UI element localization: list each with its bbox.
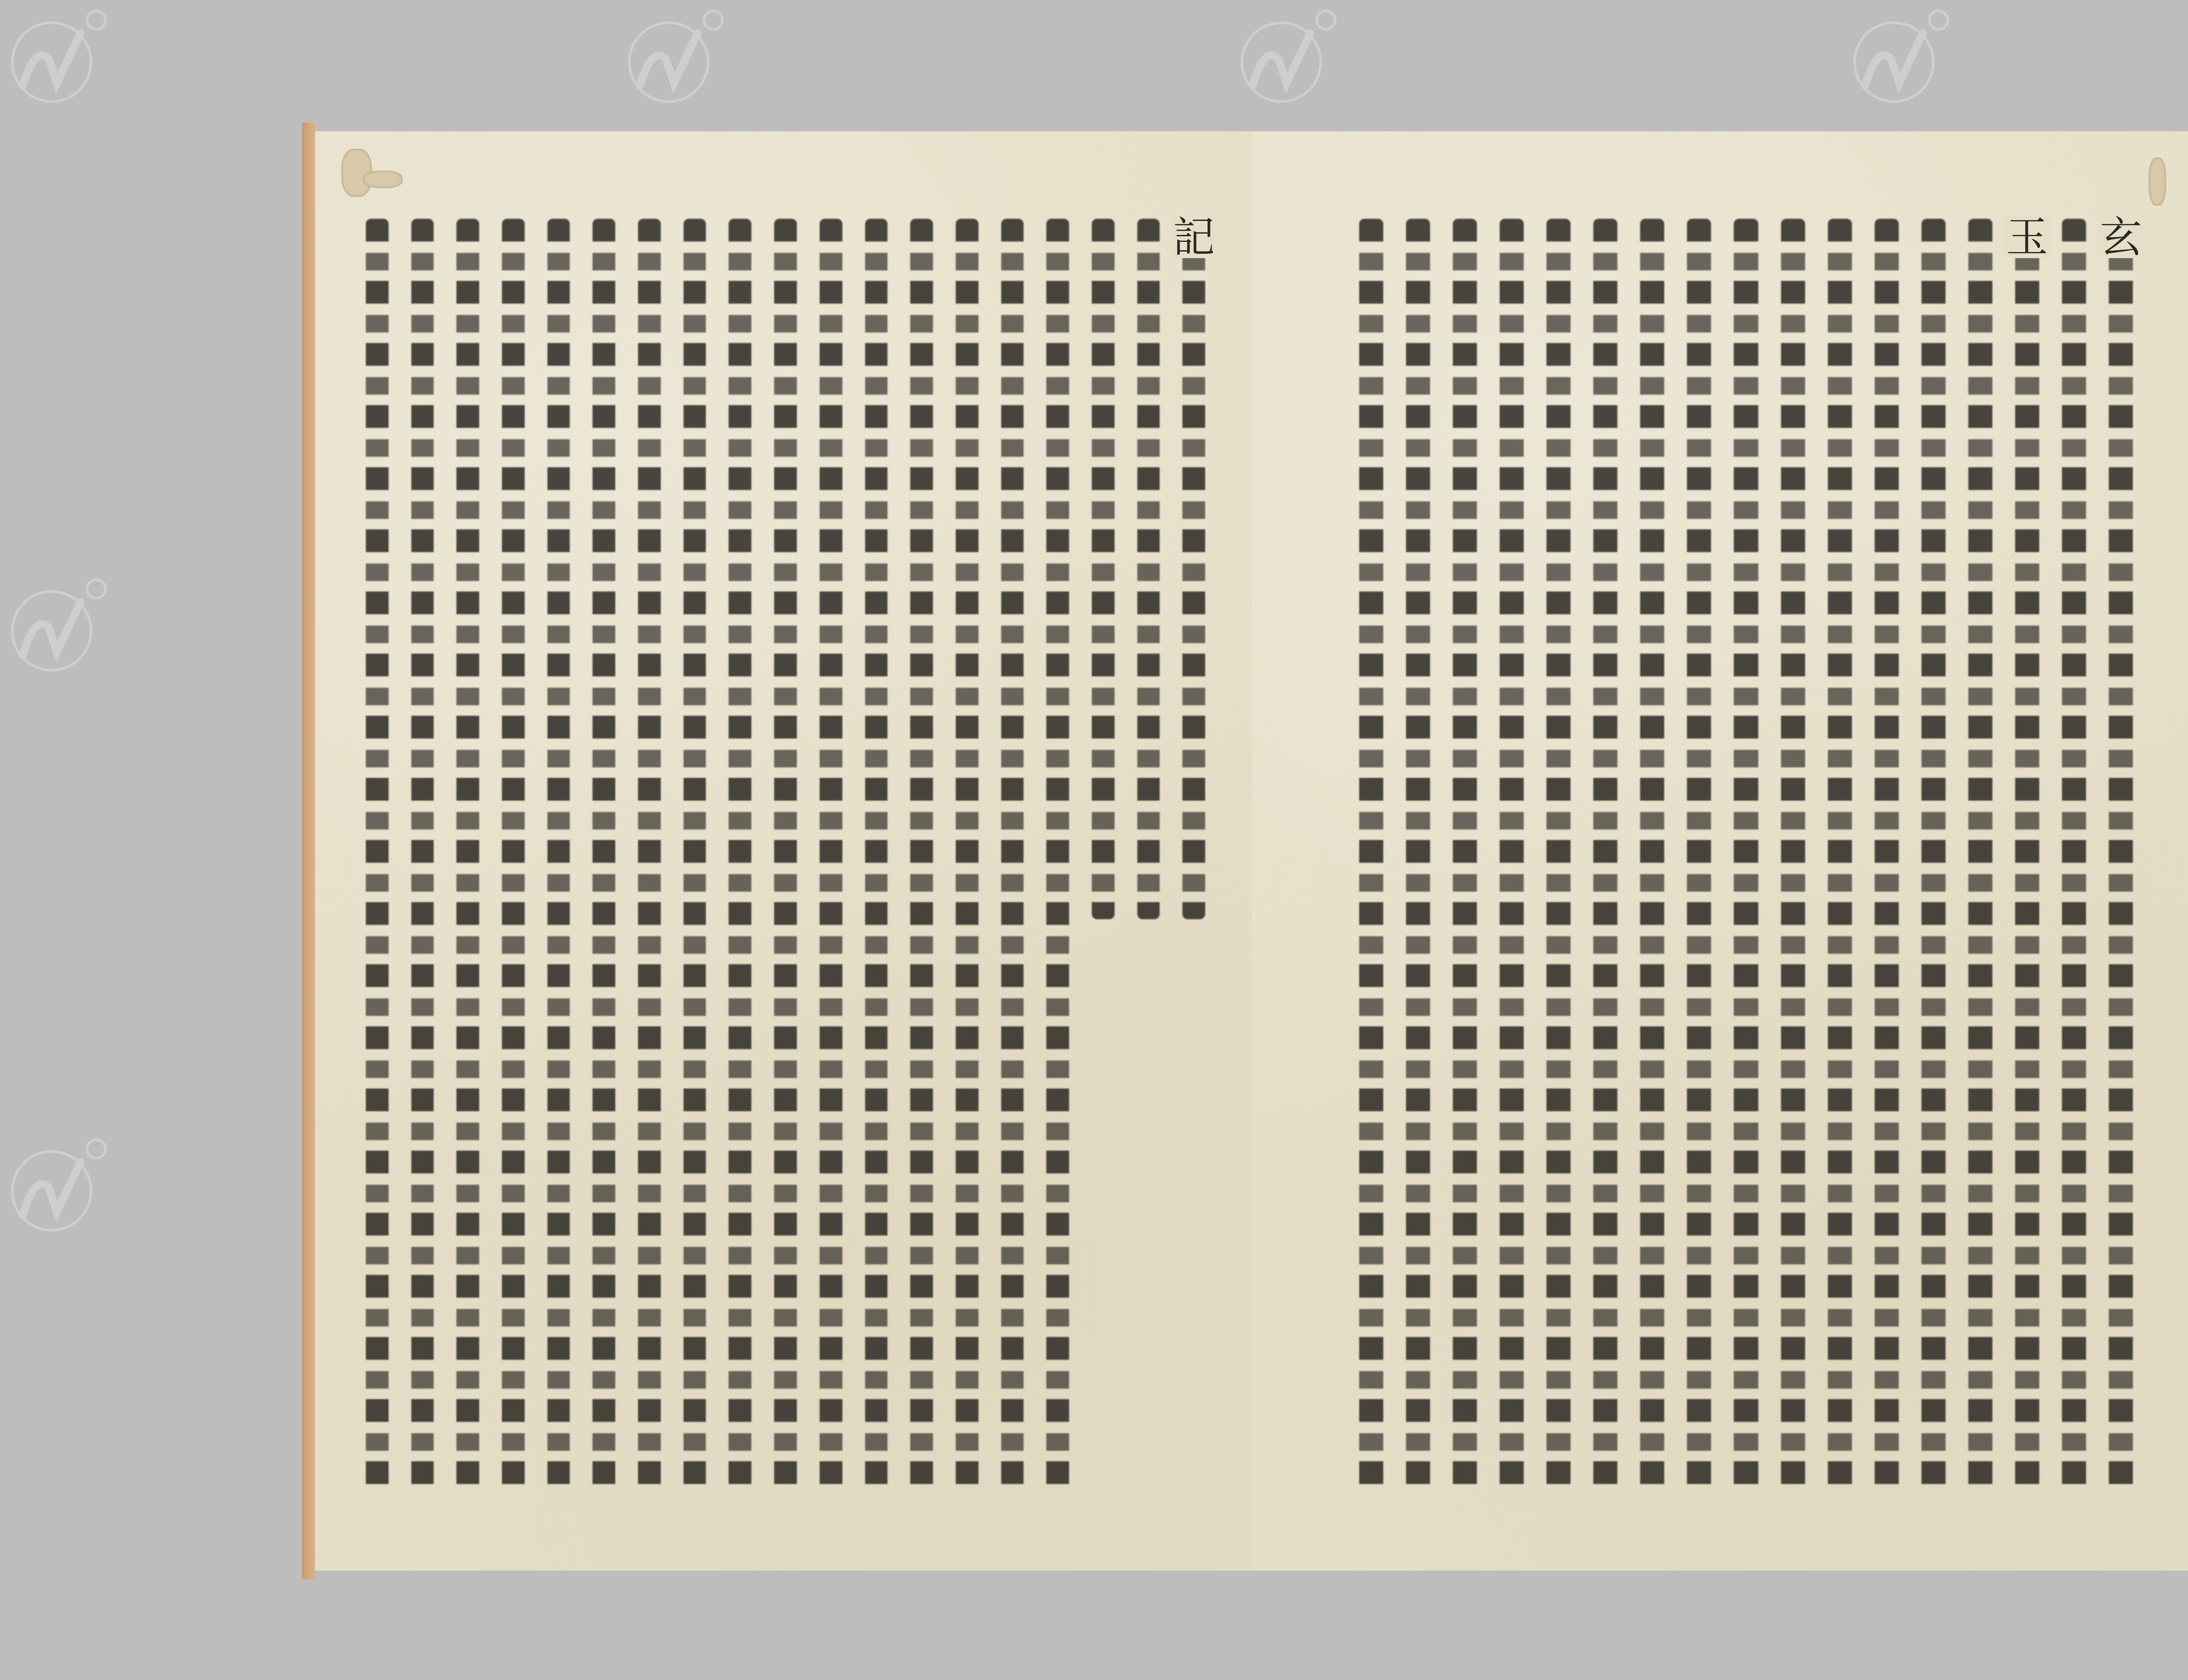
- ink-strokes: [865, 219, 888, 1492]
- ink-strokes: [1546, 219, 1571, 1492]
- text-column: [1488, 219, 1535, 1492]
- text-column: [2051, 219, 2097, 1492]
- text-column: 玉: [2004, 219, 2051, 1492]
- worm-damage: [363, 171, 403, 188]
- text-column: [354, 219, 400, 1492]
- ink-strokes: [1593, 219, 1617, 1492]
- text-column: [1535, 219, 1582, 1492]
- ink-strokes: [1781, 219, 1805, 1492]
- ink-strokes: [1875, 219, 1899, 1492]
- ink-strokes: [1922, 219, 1946, 1492]
- watermark-logo: [1834, 0, 1965, 122]
- text-column: [1816, 219, 1863, 1492]
- open-book: 記 玄玉: [302, 122, 2188, 1579]
- ink-strokes: [910, 219, 933, 1492]
- text-column: [944, 219, 990, 1492]
- text-column: [1863, 219, 1910, 1492]
- watermark-logo: [0, 0, 123, 122]
- ink-strokes: [1453, 219, 1477, 1492]
- text-column: [1770, 219, 1816, 1492]
- ink-strokes: [1968, 219, 1992, 1492]
- text-column: [899, 219, 944, 1492]
- ink-strokes: [1359, 219, 1383, 1492]
- text-column: [1348, 219, 1395, 1492]
- ink-strokes: [411, 219, 434, 1492]
- text-column: [1126, 219, 1171, 1492]
- ink-strokes: [1640, 219, 1664, 1492]
- ink-strokes: [1092, 219, 1115, 919]
- text-column: [1080, 219, 1126, 1492]
- ink-strokes: [774, 219, 797, 1492]
- ink-strokes: [593, 219, 615, 1492]
- ink-strokes: [820, 219, 842, 1492]
- ink-strokes: [1500, 219, 1524, 1492]
- ink-strokes: [2015, 219, 2039, 1492]
- ink-strokes: [638, 219, 661, 1492]
- text-column: [581, 219, 627, 1492]
- watermark-logo: [1221, 0, 1352, 122]
- legible-glyph: 玄: [2097, 216, 2144, 258]
- text-column: [1676, 219, 1722, 1492]
- text-column: [1910, 219, 1957, 1492]
- text-column: 記: [1171, 219, 1217, 1492]
- text-column: [445, 219, 491, 1492]
- text-column: [990, 219, 1035, 1492]
- text-column: [854, 219, 899, 1492]
- text-column: [627, 219, 672, 1492]
- text-column: [1629, 219, 1676, 1492]
- left-text-columns: 記: [354, 219, 1217, 1492]
- text-column: [1395, 219, 1441, 1492]
- watermark-logo: [608, 0, 740, 122]
- text-column: [1035, 219, 1080, 1492]
- right-text-columns: 玄玉: [1348, 219, 2144, 1492]
- left-page: 記: [315, 131, 1252, 1571]
- text-column: [536, 219, 582, 1492]
- ink-strokes: [1001, 219, 1024, 1492]
- ink-strokes: [1046, 219, 1069, 1492]
- ink-strokes: [1406, 219, 1430, 1492]
- text-column: [672, 219, 718, 1492]
- ink-strokes: [956, 219, 978, 1492]
- ink-strokes: [502, 219, 525, 1492]
- cover-edge: [302, 122, 315, 1579]
- text-column: [1957, 219, 2004, 1492]
- text-column: [1441, 219, 1488, 1492]
- text-column: 玄: [2097, 219, 2144, 1492]
- text-column: [1582, 219, 1629, 1492]
- worm-damage: [2149, 157, 2166, 206]
- ink-strokes: [729, 219, 751, 1492]
- text-column: [763, 219, 808, 1492]
- ink-strokes: [456, 219, 479, 1492]
- watermark-logo: [0, 1120, 123, 1251]
- ink-strokes: [684, 219, 706, 1492]
- text-column: [491, 219, 536, 1492]
- ink-strokes: [1137, 219, 1160, 919]
- legible-glyph: 玉: [2004, 216, 2051, 258]
- legible-glyph: 記: [1171, 216, 1217, 258]
- ink-strokes: [1687, 219, 1711, 1492]
- ink-strokes: [2109, 219, 2133, 1492]
- text-column: [808, 219, 854, 1492]
- ink-strokes: [366, 219, 389, 1492]
- right-page: 玄玉: [1252, 131, 2188, 1571]
- ink-strokes: [547, 219, 570, 1492]
- ink-strokes: [1182, 219, 1205, 919]
- ink-strokes: [2062, 219, 2086, 1492]
- text-column: [400, 219, 445, 1492]
- text-column: [717, 219, 763, 1492]
- ink-strokes: [1828, 219, 1852, 1492]
- text-column: [1722, 219, 1769, 1492]
- watermark-logo: [0, 560, 123, 691]
- ink-strokes: [1734, 219, 1758, 1492]
